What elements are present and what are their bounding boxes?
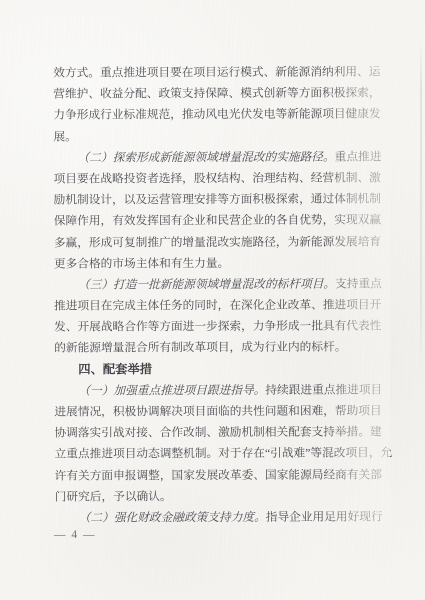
text-segment-kai: （二）强化财政金融政策支持力度。 <box>79 511 266 525</box>
text-segment-body: 项目要在战略投资者选择，股权结构、治理结构、经营机制、激 <box>54 171 381 185</box>
text-segment-body: 指导企业用足用好现行 <box>266 510 383 523</box>
text-segment-body: 保障作用，有效发挥国有企业和民营企业的各自优势，实现双赢 <box>54 214 381 228</box>
text-line: 营维护、收益分配、政策支持保障、模式创新等方面积极探索， <box>53 83 383 105</box>
text-line: 保障作用，有效发挥国有企业和民营企业的各自优势，实现双赢 <box>54 210 384 232</box>
text-segment-body: 励机制设计，以及运营管理安排等方面积极探索，通过体制机制 <box>54 193 381 207</box>
text-segment-body: 推进项目在完成主体任务的同时，在深化企业改革、推进项目开 <box>54 298 381 312</box>
text-line: （二）探索形成新能源领域增量混改的实施路径。重点推进 <box>53 146 383 168</box>
text-segment-kai: （一）加强重点推进项目跟进指导。 <box>78 384 265 398</box>
scanned-document-page: { "page": { "background_color": "#f6f5f2… <box>0 0 425 600</box>
text-segment-body: 力争形成行业标准规范，推动风电光伏发电等新能源项目健康发 <box>53 108 380 122</box>
text-segment-body: 营维护、收益分配、政策支持保障、模式创新等方面积极探索， <box>53 87 380 101</box>
text-line: 展。 <box>53 125 383 147</box>
text-line: 力争形成行业标准规范，推动风电光伏发电等新能源项目健康发 <box>53 104 383 126</box>
text-segment-body: 持续跟进重点推进项目 <box>265 383 382 396</box>
text-line: 推进项目在完成主体任务的同时，在深化企业改革、推进项目开 <box>54 294 384 316</box>
text-line: 效方式。重点推进项目要在项目运行模式、新能源消纳利用、运 <box>53 61 383 83</box>
text-line: 的新能源增量混合所有制改革项目，成为行业内的标杆。 <box>54 337 384 359</box>
document-text: 效方式。重点推进项目要在项目运行模式、新能源消纳利用、运营维护、收益分配、政策支… <box>53 61 385 528</box>
text-line: （一）加强重点推进项目跟进指导。持续跟进重点推进项目 <box>54 379 384 401</box>
text-line: （三）打造一批新能源领域增量混改的标杆项目。支持重点 <box>54 273 384 295</box>
text-line: 发、开展战略合作等方面进一步探索，力争形成一批具有代表性 <box>54 316 384 338</box>
text-line: 协调落实引战对接、合作改制、激励机制相关配套支持举措。建 <box>54 422 384 444</box>
text-segment-body: 许有关方面申报调整，国家发展改革委、国家能源局经商有关部 <box>55 468 382 482</box>
text-line: 更多合格的市场主体和有生力量。 <box>54 252 384 274</box>
text-line: 立重点推进项目动态调整机制。对于存在“引战难”等混改项目，允 <box>55 443 385 465</box>
text-segment-body: 重点推进 <box>335 150 382 163</box>
text-segment-body: 的新能源增量混合所有制改革项目，成为行业内的标杆。 <box>54 341 346 355</box>
text-line: （二）强化财政金融政策支持力度。指导企业用足用好现行 <box>55 506 385 528</box>
text-segment-kai: （三）打造一批新能源领域增量混改的标杆项目。 <box>78 277 335 291</box>
text-line: 进展情况，积极协调解决项目面临的共性问题和困难，帮助项目 <box>54 400 384 422</box>
text-line: 励机制设计，以及运营管理安排等方面积极探索，通过体制机制 <box>54 189 384 211</box>
text-line: 门研究后，予以确认。 <box>55 485 385 507</box>
text-line: 许有关方面申报调整，国家发展改革委、国家能源局经商有关部 <box>55 464 385 486</box>
text-line: 多赢，形成可复制推广的增量混改实施路径，为新能源发展培育 <box>54 231 384 253</box>
text-segment-body: 立重点推进项目动态调整机制。对于存在“引战难”等混改项目，允 <box>55 447 393 461</box>
text-segment-body: 展。 <box>53 130 76 143</box>
text-segment-bold: 四、配套举措 <box>78 362 152 376</box>
scan-crease-artifact <box>420 40 422 370</box>
text-segment-kai: （二）探索形成新能源领域增量混改的实施路径。 <box>77 150 334 164</box>
text-segment-body: 发、开展战略合作等方面进一步探索，力争形成一批具有代表性 <box>54 320 381 334</box>
text-segment-body: 进展情况，积极协调解决项目面临的共性问题和困难，帮助项目 <box>54 404 381 418</box>
text-segment-body: 更多合格的市场主体和有生力量。 <box>54 257 229 271</box>
page-number: — 4 — <box>54 529 96 541</box>
text-line: 项目要在战略投资者选择，股权结构、治理结构、经营机制、激 <box>54 167 384 189</box>
text-line: 四、配套举措 <box>54 358 384 380</box>
text-segment-body: 门研究后，予以确认。 <box>55 490 172 503</box>
text-segment-body: 协调落实引战对接、合作改制、激励机制相关配套支持举措。建 <box>54 426 381 440</box>
text-segment-body: 效方式。重点推进项目要在项目运行模式、新能源消纳利用、运 <box>53 65 380 79</box>
text-segment-body: 支持重点 <box>335 277 382 290</box>
text-segment-body: 多赢，形成可复制推广的增量混改实施路径，为新能源发展培育 <box>54 235 381 249</box>
